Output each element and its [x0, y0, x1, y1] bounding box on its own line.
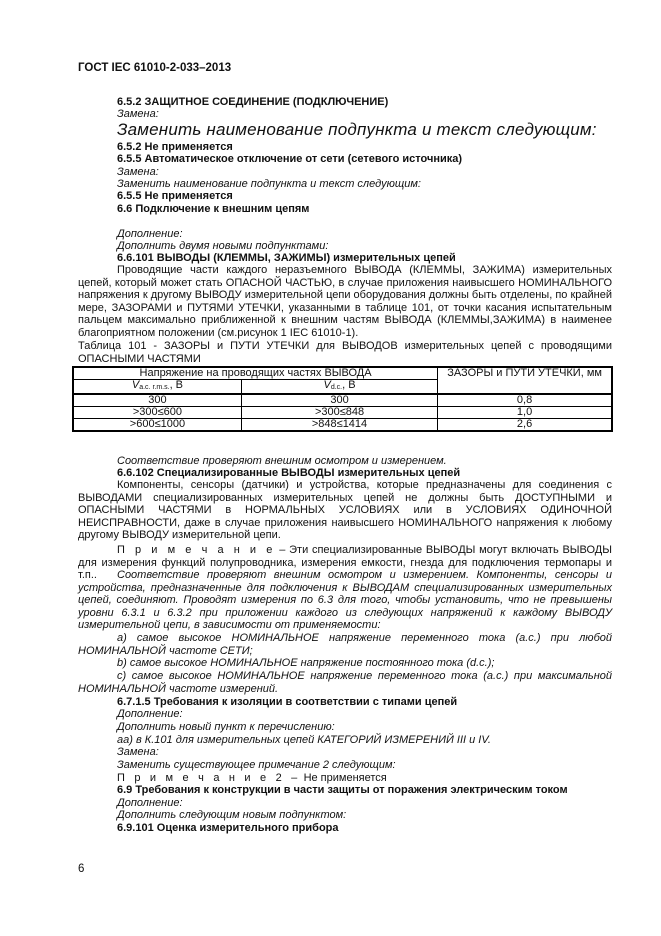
- section-heading: 6.6.102 Специализированные ВЫВОДЫ измери…: [117, 467, 460, 479]
- list-item-text: b) самое высокое НОМИНАЛЬНОЕ напряжение …: [117, 657, 494, 669]
- symbol: V: [323, 379, 330, 391]
- table-cell: >848≤1414: [241, 419, 437, 432]
- table-group-header: Напряжение на проводящих частях ВЫВОДА: [73, 367, 438, 380]
- table-col-header: Va.c. r.m.s., В: [73, 380, 241, 395]
- table-cell: 2,6: [438, 419, 612, 432]
- amendment-label: Дополнение:: [117, 797, 183, 809]
- compliance-check: Соответствие проверяют внешним осмотром …: [78, 569, 612, 632]
- section-heading: 6.6.101 ВЫВОДЫ (КЛЕММЫ, ЗАЖИМЫ) измерите…: [117, 252, 456, 264]
- document-header: ГОСТ IEC 61010-2-033–2013: [78, 62, 231, 74]
- section-heading: 6.5.2 ЗАЩИТНОЕ СОЕДИНЕНИЕ (ПОДКЛЮЧЕНИЕ): [117, 96, 388, 108]
- amendment-instruction: Дополнить двумя новыми подпунктами:: [117, 240, 328, 252]
- paragraph-text: Соответствие проверяют внешним осмотром …: [78, 569, 612, 631]
- table-cell: >300≤600: [73, 407, 241, 419]
- section-heading: 6.9.101 Оценка измерительного прибора: [117, 822, 339, 834]
- unit: , В: [170, 379, 183, 391]
- document-page: ГОСТ IEC 61010-2-033–2013 6.5.2 ЗАЩИТНОЕ…: [0, 0, 661, 936]
- note-label: П р и м е ч а н и е 2 –: [117, 772, 301, 784]
- amendment-label: Дополнение:: [117, 708, 183, 720]
- amendment-instruction: Заменить наименование подпункта и текст …: [117, 121, 597, 139]
- table-cell: >600≤1000: [73, 419, 241, 432]
- subscript: d.c.: [331, 384, 342, 391]
- amendment-label: Дополнение:: [117, 228, 183, 240]
- list-item-text: а) самое высокое НОМИНАЛЬНОЕ напряжение …: [78, 632, 612, 657]
- list-item: с) самое высокое НОМИНАЛЬНОЕ напряжение …: [78, 670, 612, 695]
- note: П р и м е ч а н и е 2 – Не применяется: [117, 772, 387, 784]
- paragraph: Компоненты, сенсоры (датчики) и устройст…: [78, 479, 612, 542]
- table-cell: >300≤848: [241, 407, 437, 419]
- table-cell: 300: [241, 394, 437, 407]
- note-label: П р и м е ч а н и е: [117, 544, 276, 556]
- compliance-check: Соответствие проверяют внешним осмотром …: [117, 455, 447, 467]
- list-item: b) самое высокое НОМИНАЛЬНОЕ напряжение …: [78, 657, 612, 670]
- table-cell: 1,0: [438, 407, 612, 419]
- section-heading: 6.6 Подключение к внешним цепям: [117, 203, 309, 215]
- table-caption: Таблица 101 - ЗАЗОРЫ и ПУТИ УТЕЧКИ для В…: [78, 340, 612, 365]
- table-row: >600≤1000 >848≤1414 2,6: [73, 419, 612, 432]
- section-heading: 6.5.2 Не применяется: [117, 141, 233, 153]
- table-cell: 0,8: [438, 394, 612, 407]
- note-text: Не применяется: [304, 772, 387, 784]
- amendment-instruction: Дополнить новый пункт к перечислению:: [117, 721, 335, 733]
- table-col-header: ЗАЗОРЫ и ПУТИ УТЕЧКИ, мм: [438, 367, 612, 394]
- paragraph-text: Проводящие части каждого неразъемного ВЫ…: [78, 264, 612, 339]
- subscript: a.c. r.m.s.: [139, 384, 169, 391]
- amendment-label: Замена:: [117, 166, 159, 178]
- table-101: Напряжение на проводящих частях ВЫВОДА З…: [72, 366, 613, 432]
- amendment-instruction: Заменить существующее примечание 2 следу…: [117, 759, 396, 771]
- page-number: 6: [78, 863, 84, 875]
- list-item: а) самое высокое НОМИНАЛЬНОЕ напряжение …: [78, 632, 612, 657]
- section-heading: 6.5.5 Автоматическое отключение от сети …: [117, 153, 462, 165]
- section-heading: 6.7.1.5 Требования к изоляции в соответс…: [117, 696, 457, 708]
- table-row: 300 300 0,8: [73, 394, 612, 407]
- table-row: >300≤600 >300≤848 1,0: [73, 407, 612, 419]
- paragraph: Проводящие части каждого неразъемного ВЫ…: [78, 264, 612, 340]
- table-col-header: Vd.c., В: [241, 380, 437, 395]
- unit: , В: [342, 379, 355, 391]
- amendment-label: Замена:: [117, 746, 159, 758]
- section-heading: 6.9 Требования к конструкции в части защ…: [117, 784, 568, 796]
- table-cell: 300: [73, 394, 241, 407]
- section-heading: 6.5.5 Не применяется: [117, 190, 233, 202]
- amendment-label: Замена:: [117, 108, 159, 120]
- list-item-text: с) самое высокое НОМИНАЛЬНОЕ напряжение …: [78, 670, 612, 695]
- paragraph-text: Компоненты, сенсоры (датчики) и устройст…: [78, 479, 612, 541]
- amendment-instruction: Дополнить следующим новым подпунктом:: [117, 809, 346, 821]
- amendment-instruction: Заменить наименование подпункта и текст …: [117, 178, 421, 190]
- list-item: аа) в К.101 для измерительных цепей КАТЕ…: [117, 734, 491, 746]
